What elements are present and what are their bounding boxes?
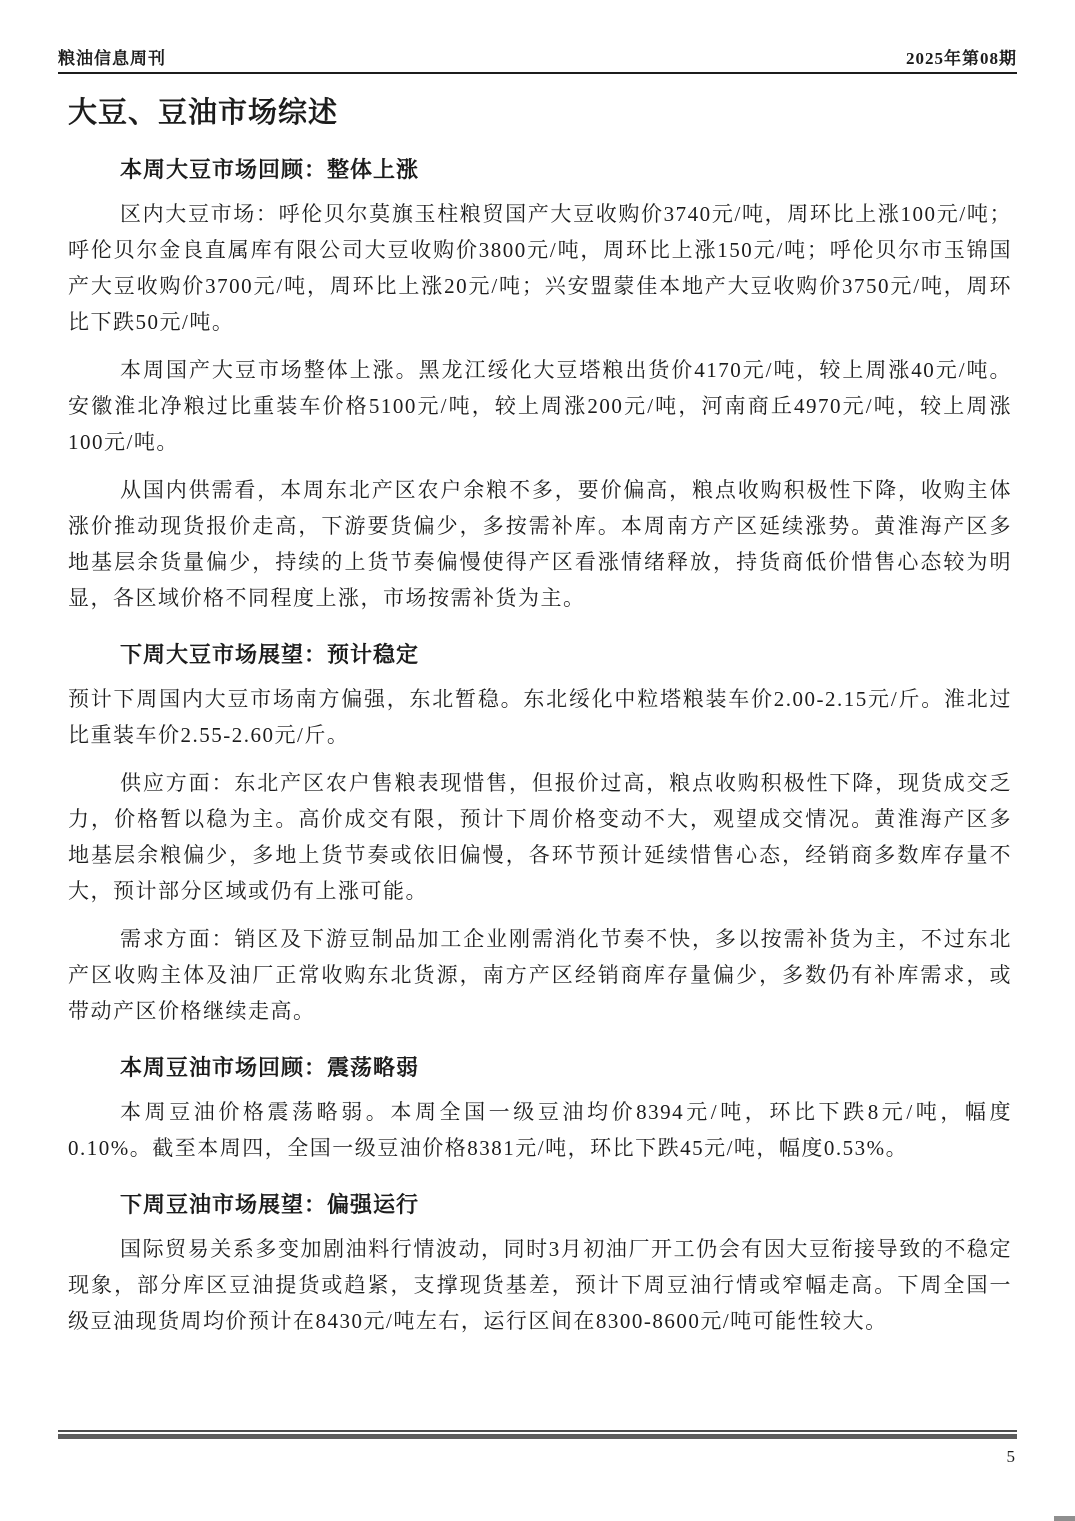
paragraph: 区内大豆市场：呼伦贝尔莫旗玉柱粮贸国产大豆收购价3740元/吨，周环比上涨100…: [68, 196, 1012, 340]
paragraph: 需求方面：销区及下游豆制品加工企业刚需消化节奏不快，多以按需补货为主，不过东北产…: [68, 921, 1012, 1029]
page-title: 大豆、豆油市场综述: [68, 90, 1012, 131]
document-page: 粮油信息周刊 2025年第08期 大豆、豆油市场综述 本周大豆市场回顾：整体上涨…: [0, 0, 1075, 1521]
paragraph: 预计下周国内大豆市场南方偏强，东北暂稳。东北绥化中粒塔粮装车价2.00-2.15…: [68, 681, 1012, 753]
paragraph: 从国内供需看，本周东北产区农户余粮不多，要价偏高，粮点收购积极性下降，收购主体涨…: [68, 472, 1012, 616]
footer-rule-thin: [58, 1430, 1017, 1432]
section-soyoil-outlook: 下周豆油市场展望：偏强运行 国际贸易关系多变加剧油料行情波动，同时3月初油厂开工…: [68, 1188, 1012, 1339]
corner-mark: [1054, 1516, 1075, 1521]
section-soybean-outlook: 下周大豆市场展望：预计稳定 预计下周国内大豆市场南方偏强，东北暂稳。东北绥化中粒…: [68, 638, 1012, 1029]
journal-title: 粮油信息周刊: [58, 44, 166, 69]
paragraph: 供应方面：东北产区农户售粮表现惜售，但报价过高，粮点收购积极性下降，现货成交乏力…: [68, 765, 1012, 909]
footer-rule-thick: [58, 1434, 1017, 1439]
section-soybean-review: 本周大豆市场回顾：整体上涨 区内大豆市场：呼伦贝尔莫旗玉柱粮贸国产大豆收购价37…: [68, 153, 1012, 616]
page-number: 5: [58, 1447, 1017, 1467]
paragraph: 本周国产大豆市场整体上涨。黑龙江绥化大豆塔粮出货价4170元/吨，较上周涨40元…: [68, 352, 1012, 460]
section-heading: 下周大豆市场展望：预计稳定: [68, 638, 1012, 669]
paragraph: 本周豆油价格震荡略弱。本周全国一级豆油均价8394元/吨，环比下跌8元/吨，幅度…: [68, 1094, 1012, 1166]
running-header: 粮油信息周刊 2025年第08期: [58, 44, 1017, 74]
section-soyoil-review: 本周豆油市场回顾：震荡略弱 本周豆油价格震荡略弱。本周全国一级豆油均价8394元…: [68, 1051, 1012, 1166]
paragraph: 国际贸易关系多变加剧油料行情波动，同时3月初油厂开工仍会有因大豆衔接导致的不稳定…: [68, 1231, 1012, 1339]
section-heading: 本周豆油市场回顾：震荡略弱: [68, 1051, 1012, 1082]
section-heading: 下周豆油市场展望：偏强运行: [68, 1188, 1012, 1219]
page-footer: 5: [58, 1430, 1017, 1467]
section-heading: 本周大豆市场回顾：整体上涨: [68, 153, 1012, 184]
issue-label: 2025年第08期: [906, 44, 1017, 69]
